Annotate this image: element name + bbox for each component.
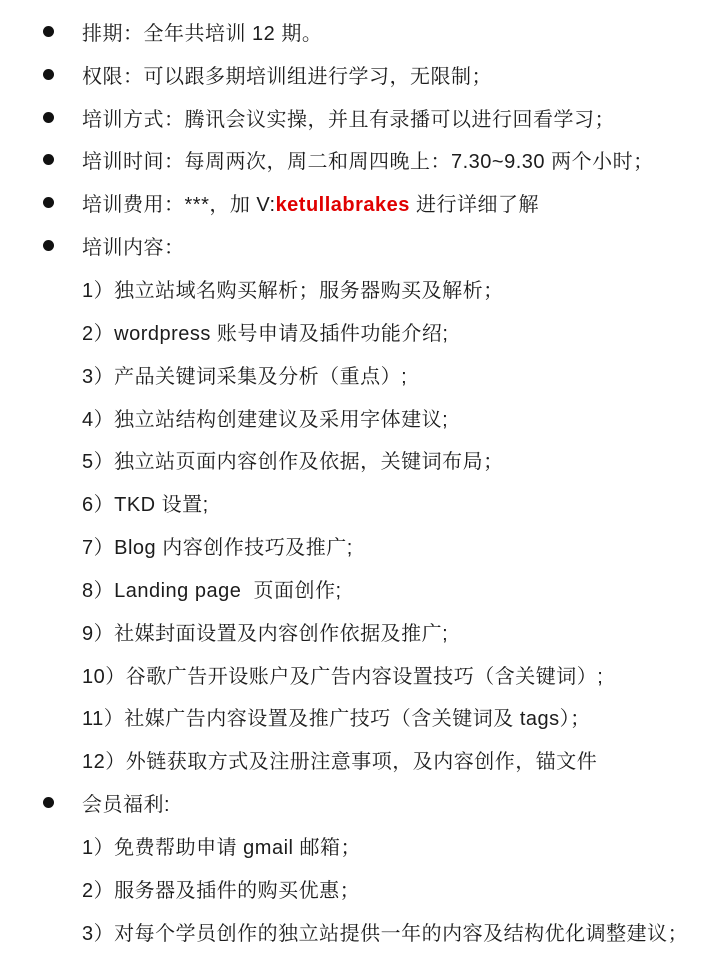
item-text: 1）独立站域名购买解析；服务器购买及解析； [82,274,504,303]
numbered-list-item: 4）独立站结构创建建议及采用字体建议; [0,396,720,439]
text-segment: 2）wordpress 账号申请及插件功能介绍; [82,323,449,345]
text-segment: 12）外链获取方式及注册注意事项，及内容创作，锚文件 [82,751,597,773]
item-text: 权限：可以跟多期培训组进行学习，无限制； [82,60,492,89]
text-segment: 2）服务器及插件的购买优惠； [82,880,360,902]
bullet-list-item: 权限：可以跟多期培训组进行学习，无限制； [0,53,720,96]
numbered-list-item: 10）谷歌广告开设账户及广告内容设置技巧（含关键词）; [0,653,720,696]
numbered-list-item: 7）Blog 内容创作技巧及推广; [0,524,720,567]
numbered-list-item: 11）社媒广告内容设置及推广技巧（含关键词及 tags）； [0,696,720,739]
item-text: 1）免费帮助申请 gmail 邮箱； [82,831,361,860]
numbered-list-item: 1）独立站域名购买解析；服务器购买及解析； [0,267,720,310]
bullet-icon [43,26,54,37]
text-segment: 排期：全年共培训 12 期。 [82,23,322,45]
item-text: 11）社媒广告内容设置及推广技巧（含关键词及 tags）； [82,702,591,731]
text-segment: 培训费用：***，加 V: [82,194,276,216]
text-segment: 会员福利: [82,794,170,816]
bullet-icon [43,240,54,251]
item-text: 12）外链获取方式及注册注意事项，及内容创作，锚文件 [82,745,597,774]
item-text: 4）独立站结构创建建议及采用字体建议; [82,403,448,432]
wechat-id-highlight: ketullabrakes [276,194,410,216]
text-segment: 培训内容： [82,237,185,259]
text-segment: 培训方式：腾讯会议实操，并且有录播可以进行回看学习； [82,109,615,131]
numbered-list-item: 1）免费帮助申请 gmail 邮箱； [0,824,720,867]
item-text: 培训方式：腾讯会议实操，并且有录播可以进行回看学习； [82,103,615,132]
numbered-list-item: 6）TKD 设置; [0,481,720,524]
numbered-list-item: 8）Landing page 页面创作; [0,567,720,610]
bullet-list-item: 培训内容： [0,224,720,267]
numbered-list-item: 12）外链获取方式及注册注意事项，及内容创作，锚文件 [0,738,720,781]
text-segment: 4）独立站结构创建建议及采用字体建议; [82,409,448,431]
item-text: 5）独立站页面内容创作及依据，关键词布局； [82,445,504,474]
numbered-list-item: 3）对每个学员创作的独立站提供一年的内容及结构优化调整建议； [0,910,720,953]
item-text: 9）社媒封面设置及内容创作依据及推广; [82,617,448,646]
text-segment: 6）TKD 设置; [82,494,209,516]
text-segment: 权限：可以跟多期培训组进行学习，无限制； [82,66,492,88]
item-text: 3）对每个学员创作的独立站提供一年的内容及结构优化调整建议； [82,917,688,946]
text-segment: 3）产品关键词采集及分析（重点）; [82,366,407,388]
text-segment: 进行详细了解 [410,194,539,216]
numbered-list-item: 5）独立站页面内容创作及依据，关键词布局； [0,438,720,481]
item-text: 培训内容： [82,231,185,260]
text-segment: 1）免费帮助申请 gmail 邮箱； [82,837,361,859]
item-text: 培训时间：每周两次，周二和周四晚上：7.30~9.30 两个小时； [82,145,654,174]
bullet-icon [43,154,54,165]
item-text: 7）Blog 内容创作技巧及推广; [82,531,353,560]
text-segment: 3）对每个学员创作的独立站提供一年的内容及结构优化调整建议； [82,923,688,945]
text-segment: 8）Landing page 页面创作; [82,580,342,602]
item-text: 8）Landing page 页面创作; [82,574,342,603]
numbered-list-item: 9）社媒封面设置及内容创作依据及推广; [0,610,720,653]
bullet-list-item: 排期：全年共培训 12 期。 [0,10,720,53]
document-page: 排期：全年共培训 12 期。权限：可以跟多期培训组进行学习，无限制；培训方式：腾… [0,0,720,960]
text-segment: 5）独立站页面内容创作及依据，关键词布局； [82,451,504,473]
item-text: 3）产品关键词采集及分析（重点）; [82,360,407,389]
text-segment: 培训时间：每周两次，周二和周四晚上：7.30~9.30 两个小时； [82,151,654,173]
text-segment: 7）Blog 内容创作技巧及推广; [82,537,353,559]
text-segment: 1）独立站域名购买解析；服务器购买及解析； [82,280,504,302]
numbered-list-item: 2）服务器及插件的购买优惠； [0,867,720,910]
numbered-list-item: 2）wordpress 账号申请及插件功能介绍; [0,310,720,353]
bullet-icon [43,112,54,123]
bullet-icon [43,69,54,80]
bullet-list-item: 培训时间：每周两次，周二和周四晚上：7.30~9.30 两个小时； [0,139,720,182]
bullet-list-item: 培训费用：***，加 V:ketullabrakes 进行详细了解 [0,181,720,224]
item-text: 会员福利: [82,788,170,817]
bullet-list-item: 培训方式：腾讯会议实操，并且有录播可以进行回看学习； [0,96,720,139]
bullet-list-item: 会员福利: [0,781,720,824]
bullet-icon [43,197,54,208]
item-text: 培训费用：***，加 V:ketullabrakes 进行详细了解 [82,188,539,217]
numbered-list-item: 3）产品关键词采集及分析（重点）; [0,353,720,396]
text-segment: 9）社媒封面设置及内容创作依据及推广; [82,623,448,645]
bullet-icon [43,797,54,808]
item-text: 6）TKD 设置; [82,488,209,517]
item-text: 2）wordpress 账号申请及插件功能介绍; [82,317,449,346]
text-segment: 11）社媒广告内容设置及推广技巧（含关键词及 tags）； [82,708,591,730]
item-text: 10）谷歌广告开设账户及广告内容设置技巧（含关键词）; [82,660,603,689]
text-segment: 10）谷歌广告开设账户及广告内容设置技巧（含关键词）; [82,666,603,688]
document-body: 排期：全年共培训 12 期。权限：可以跟多期培训组进行学习，无限制；培训方式：腾… [0,10,720,953]
item-text: 2）服务器及插件的购买优惠； [82,874,360,903]
item-text: 排期：全年共培训 12 期。 [82,17,322,46]
